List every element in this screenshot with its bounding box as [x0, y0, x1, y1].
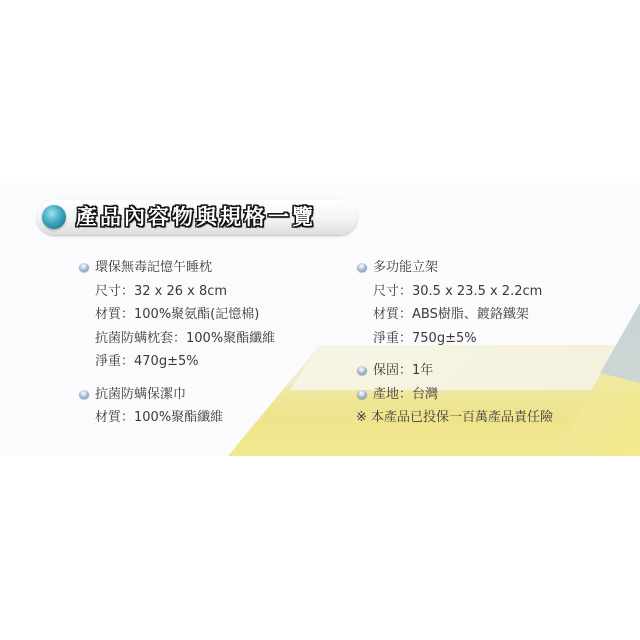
origin-text: 產地：台灣: [373, 387, 438, 402]
insurance-note: ※ 本產品已投保一百萬產品責任險: [356, 406, 553, 430]
section-title: 產品內容物與規格一覽: [76, 203, 316, 232]
product-name: 抗菌防螨保潔巾: [95, 387, 186, 402]
spec-line: 抗菌防螨枕套：100%聚酯纖維: [78, 327, 275, 351]
teal-orb-icon: [42, 205, 66, 229]
right-spec-column: 多功能立架 尺寸：30.5 x 23.5 x 2.2cm 材質：ABS樹脂、鍍鉻…: [356, 256, 553, 430]
spec-line: 淨重：750g±5%: [356, 327, 553, 351]
bullet-icon: [79, 390, 89, 399]
product-item: 環保無毒記憶午睡枕: [78, 256, 275, 280]
spec-line: 淨重：470g±5%: [78, 350, 275, 374]
spec-line: 材質：ABS樹脂、鍍鉻鐵架: [356, 303, 553, 327]
bullet-icon: [79, 263, 89, 272]
warranty-item: 保固：1年: [356, 359, 553, 383]
spec-line: 尺寸：32 x 26 x 8cm: [78, 280, 275, 304]
bullet-icon: [357, 263, 367, 272]
bullet-icon: [357, 390, 367, 399]
left-spec-column: 環保無毒記憶午睡枕 尺寸：32 x 26 x 8cm 材質：100%聚氨酯(記憶…: [78, 256, 275, 430]
product-item: 多功能立架: [356, 256, 553, 280]
product-item: 抗菌防螨保潔巾: [78, 383, 275, 407]
origin-item: 產地：台灣: [356, 383, 553, 407]
spec-line: 材質：100%聚氨酯(記憶棉): [78, 303, 275, 327]
spec-line: 材質：100%聚酯纖維: [78, 406, 275, 430]
warranty-text: 保固：1年: [373, 363, 433, 378]
product-name: 多功能立架: [373, 260, 438, 275]
product-name: 環保無毒記憶午睡枕: [95, 260, 212, 275]
spec-line: 尺寸：30.5 x 23.5 x 2.2cm: [356, 280, 553, 304]
bullet-icon: [357, 366, 367, 375]
